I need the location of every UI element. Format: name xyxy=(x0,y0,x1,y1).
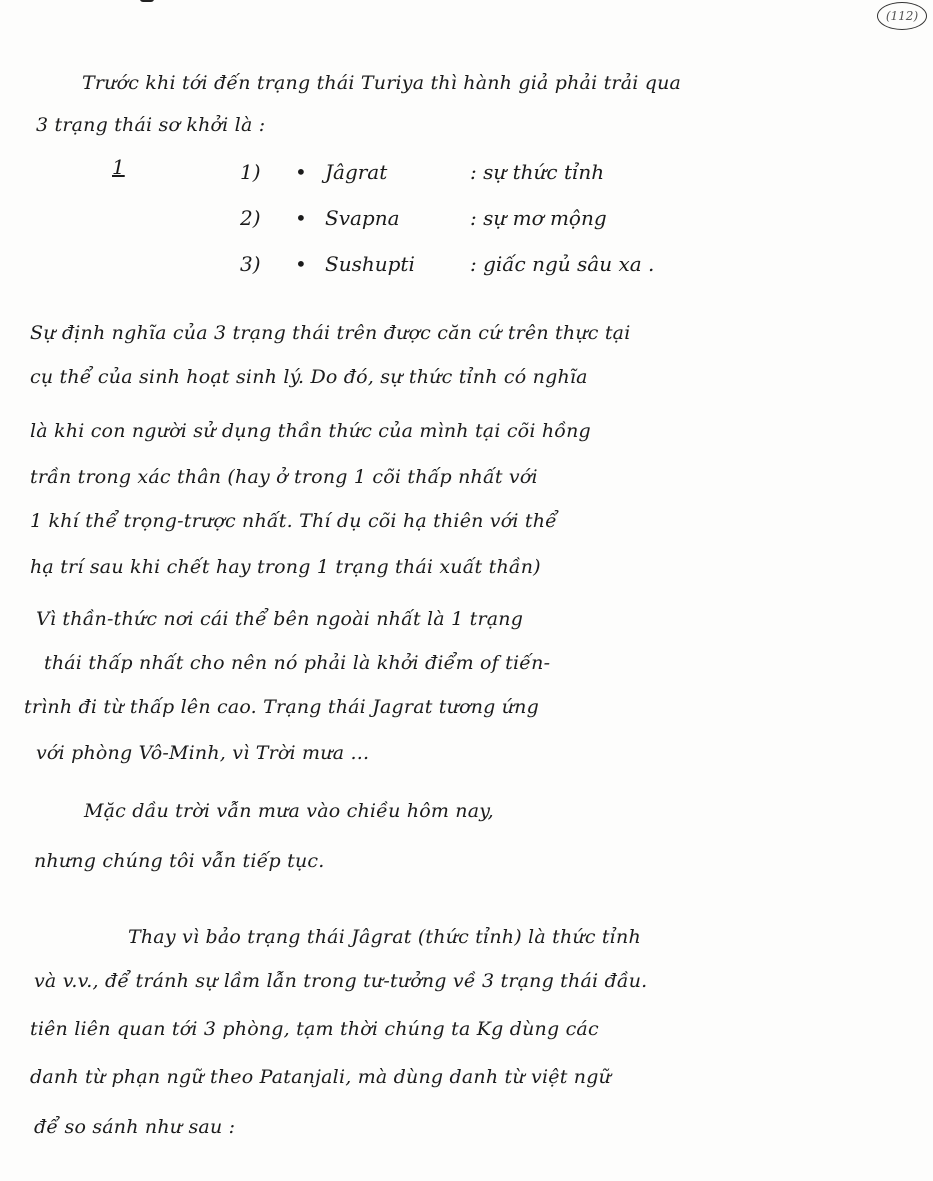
bullet-icon: • xyxy=(295,160,325,184)
margin-mark: 1 xyxy=(112,155,125,179)
state-meaning: : sự mơ mộng xyxy=(470,206,607,230)
paragraph1-line-8: thái thấp nhất cho nên nó phải là khởi đ… xyxy=(44,652,550,674)
bullet-icon: • xyxy=(295,252,325,276)
paragraph1-line-5: 1 khí thể trọng-trược nhất. Thí dụ cõi h… xyxy=(30,510,557,532)
state-number: 2) xyxy=(240,206,295,230)
paragraph1-line-9: trình đi từ thấp lên cao. Trạng thái Jag… xyxy=(24,696,539,718)
intro-line-2: 3 trạng thái sơ khởi là : xyxy=(36,114,265,136)
state-item-1: 1)•Jâgrat: sự thức tỉnh xyxy=(240,160,604,184)
paragraph1-line-6: hạ trí sau khi chết hay trong 1 trạng th… xyxy=(30,556,541,578)
paragraph1-line-1: Sự định nghĩa của 3 trạng thái trên được… xyxy=(30,322,631,344)
aside-line-2: nhưng chúng tôi vẫn tiếp tục. xyxy=(34,850,325,872)
paragraph2-line-4: danh từ phạn ngữ theo Patanjali, mà dùng… xyxy=(30,1066,611,1088)
paragraph1-line-10: với phòng Vô-Minh, vì Trời mưa ... xyxy=(36,742,369,764)
paragraph1-line-4: trần trong xác thân (hay ở trong 1 cõi t… xyxy=(30,466,538,488)
state-number: 1) xyxy=(240,160,295,184)
bullet-icon: • xyxy=(295,206,325,230)
state-meaning: : sự thức tỉnh xyxy=(470,160,604,184)
intro-line-1: Trước khi tới đến trạng thái Turiya thì … xyxy=(82,72,681,94)
paragraph2-line-3: tiên liên quan tới 3 phòng, tạm thời chú… xyxy=(30,1018,599,1040)
paragraph2-line-1: Thay vì bảo trạng thái Jâgrat (thức tỉnh… xyxy=(128,926,641,948)
aside-line-1: Mặc dầu trời vẫn mưa vào chiều hôm nay, xyxy=(84,800,494,822)
state-item-3: 3)•Sushupti: giấc ngủ sâu xa . xyxy=(240,252,654,276)
paragraph1-line-7: Vì thần-thức nơi cái thể bên ngoài nhất … xyxy=(36,608,523,630)
paragraph2-line-5: để so sánh như sau : xyxy=(34,1116,235,1138)
handwritten-page: (112) Trước khi tới đến trạng thái Turiy… xyxy=(0,0,933,1181)
paragraph1-line-2: cụ thể của sinh hoạt sinh lý. Do đó, sự … xyxy=(30,366,588,388)
state-item-2: 2)•Svapna: sự mơ mộng xyxy=(240,206,607,230)
paragraph1-line-3: là khi con người sử dụng thần thức của m… xyxy=(30,420,591,442)
state-number: 3) xyxy=(240,252,295,276)
corner-ink-mark xyxy=(140,0,154,2)
state-meaning: : giấc ngủ sâu xa . xyxy=(470,252,654,276)
state-term: Svapna xyxy=(325,206,470,230)
state-term: Sushupti xyxy=(325,252,470,276)
page-number: (112) xyxy=(877,2,927,30)
state-term: Jâgrat xyxy=(325,160,470,184)
paragraph2-line-2: và v.v., để tránh sự lầm lẫn trong tư-tư… xyxy=(34,970,647,992)
